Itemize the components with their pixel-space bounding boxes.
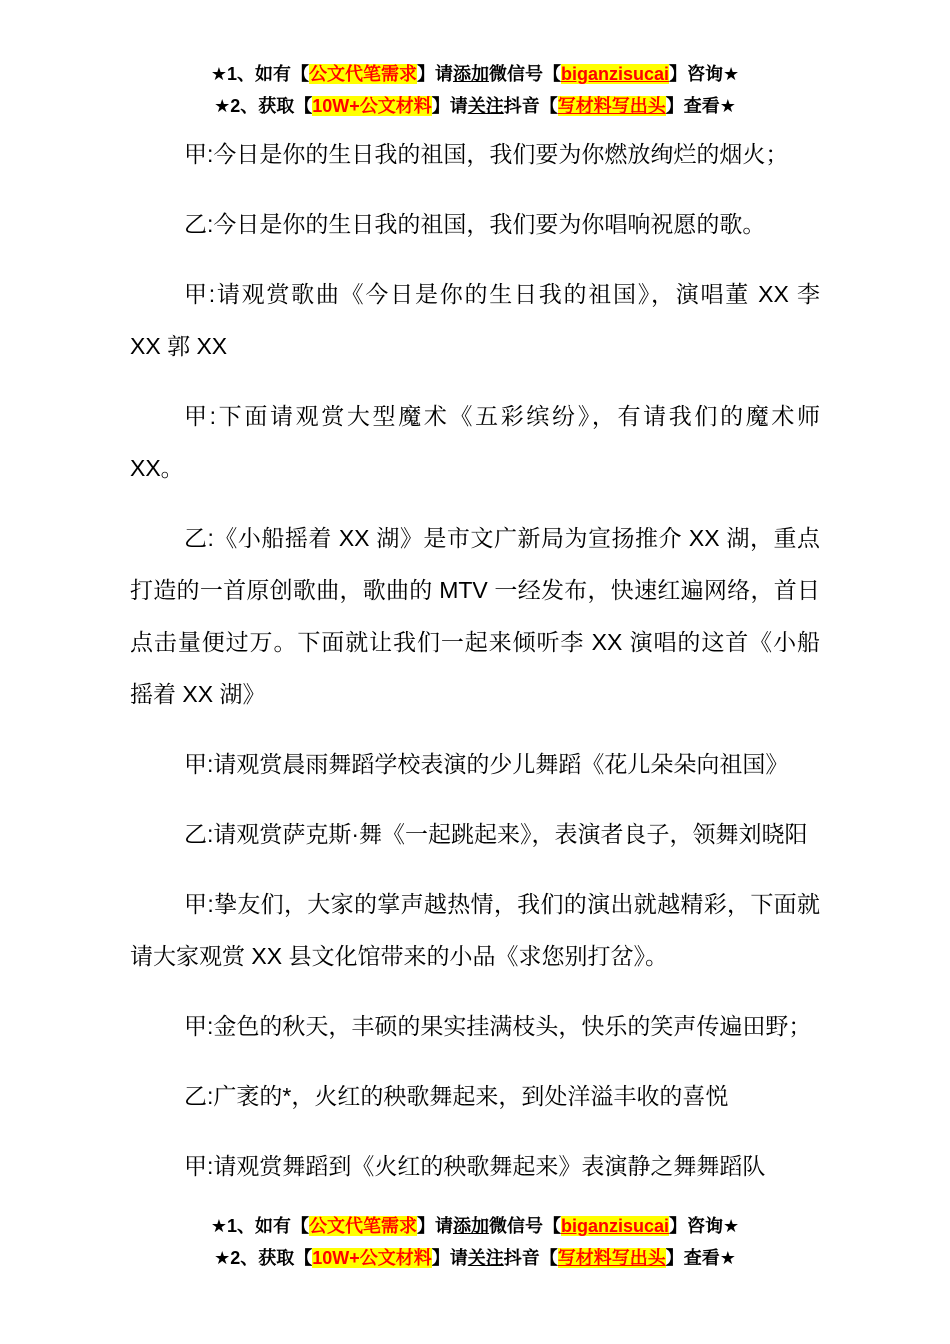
paragraph-line: 甲:下面请观赏大型魔术《五彩缤纷》，有请我们的魔术师 bbox=[130, 390, 820, 442]
script-paragraph: 甲:今日是你的生日我的祖国，我们要为你燃放绚烂的烟火； bbox=[130, 128, 820, 180]
paragraph-line: 乙:请观赏萨克斯·舞《一起跳起来》，表演者良子，领舞刘晓阳 bbox=[130, 808, 820, 860]
script-paragraph: 甲:请观赏晨雨舞蹈学校表演的少儿舞蹈《花儿朵朵向祖国》 bbox=[130, 738, 820, 790]
paragraph-line: 点击量便过万。下面就让我们一起来倾听李 XX 演唱的这首《小船 bbox=[130, 616, 820, 668]
paragraph-line: XX 郭 XX bbox=[130, 320, 820, 372]
promo-text: 】请 bbox=[417, 1216, 453, 1236]
document-page: ★1、如有【公文代笔需求】请添加微信号【biganzisucai】咨询★★2、获… bbox=[0, 0, 950, 1344]
script-paragraph: 甲:请观赏舞蹈到《火红的秧歌舞起来》表演静之舞舞蹈队 bbox=[130, 1140, 820, 1192]
document-body: 甲:今日是你的生日我的祖国，我们要为你燃放绚烂的烟火；乙:今日是你的生日我的祖国… bbox=[130, 128, 820, 1192]
paragraph-line: 甲:请观赏舞蹈到《火红的秧歌舞起来》表演静之舞舞蹈队 bbox=[130, 1140, 820, 1192]
promo-text: ★2、获取【 bbox=[214, 96, 312, 116]
paragraph-line: 甲:请观赏晨雨舞蹈学校表演的少儿舞蹈《花儿朵朵向祖国》 bbox=[130, 738, 820, 790]
promo-text: 】咨询★ bbox=[669, 64, 739, 84]
promo-highlighted-keyword: 写材料写出头 bbox=[558, 1248, 666, 1268]
paragraph-line: 甲:请观赏歌曲《今日是你的生日我的祖国》，演唱董 XX 李 bbox=[130, 268, 820, 320]
promo-highlighted-keyword: biganzisucai bbox=[561, 1216, 669, 1236]
paragraph-line: 打造的一首原创歌曲，歌曲的 MTV 一经发布，快速红遍网络，首日 bbox=[130, 564, 820, 616]
script-paragraph: 甲:金色的秋天，丰硕的果实挂满枝头，快乐的笑声传遍田野； bbox=[130, 1000, 820, 1052]
promo-header-line: ★2、获取【10W+公文材料】请关注抖音【写材料写出头】查看★ bbox=[0, 90, 950, 122]
promo-underlined-text: 添加 bbox=[453, 64, 489, 84]
script-paragraph: 甲:下面请观赏大型魔术《五彩缤纷》，有请我们的魔术师XX。 bbox=[130, 390, 820, 494]
script-paragraph: 甲:请观赏歌曲《今日是你的生日我的祖国》，演唱董 XX 李XX 郭 XX bbox=[130, 268, 820, 372]
promo-text: 】请 bbox=[417, 64, 453, 84]
paragraph-line: XX。 bbox=[130, 442, 820, 494]
paragraph-line: 摇着 XX 湖》 bbox=[130, 668, 820, 720]
paragraph-line: 甲:今日是你的生日我的祖国，我们要为你燃放绚烂的烟火； bbox=[130, 128, 820, 180]
promo-text: 微信号【 bbox=[489, 1216, 561, 1236]
script-paragraph: 乙:《小船摇着 XX 湖》是市文广新局为宣扬推介 XX 湖，重点打造的一首原创歌… bbox=[130, 512, 820, 720]
promo-text: 】查看★ bbox=[666, 96, 736, 116]
promo-highlighted-keyword: biganzisucai bbox=[561, 64, 669, 84]
promo-underlined-text: 关注 bbox=[468, 1248, 504, 1268]
promo-highlighted-keyword: 写材料写出头 bbox=[558, 96, 666, 116]
promo-text: 微信号【 bbox=[489, 64, 561, 84]
promo-text: ★1、如有【 bbox=[211, 1216, 309, 1236]
promo-text: 】咨询★ bbox=[669, 1216, 739, 1236]
script-paragraph: 乙:广袤的*，火红的秧歌舞起来，到处洋溢丰收的喜悦 bbox=[130, 1070, 820, 1122]
paragraph-line: 请大家观赏 XX 县文化馆带来的小品《求您别打岔》。 bbox=[130, 930, 820, 982]
promo-text: 】请 bbox=[432, 1248, 468, 1268]
promo-text: 抖音【 bbox=[504, 1248, 558, 1268]
paragraph-line: 乙:广袤的*，火红的秧歌舞起来，到处洋溢丰收的喜悦 bbox=[130, 1070, 820, 1122]
paragraph-line: 乙:今日是你的生日我的祖国，我们要为你唱响祝愿的歌。 bbox=[130, 198, 820, 250]
promo-text: 】查看★ bbox=[666, 1248, 736, 1268]
paragraph-line: 乙:《小船摇着 XX 湖》是市文广新局为宣扬推介 XX 湖，重点 bbox=[130, 512, 820, 564]
promo-text: 抖音【 bbox=[504, 96, 558, 116]
script-paragraph: 甲:挚友们，大家的掌声越热情，我们的演出就越精彩，下面就请大家观赏 XX 县文化… bbox=[130, 878, 820, 982]
promo-header: ★1、如有【公文代笔需求】请添加微信号【biganzisucai】咨询★★2、获… bbox=[0, 0, 950, 122]
script-paragraph: 乙:今日是你的生日我的祖国，我们要为你唱响祝愿的歌。 bbox=[130, 198, 820, 250]
promo-underlined-text: 添加 bbox=[453, 1216, 489, 1236]
promo-highlighted-keyword: 10W+公文材料 bbox=[312, 96, 432, 116]
promo-text: ★2、获取【 bbox=[214, 1248, 312, 1268]
promo-footer-line: ★2、获取【10W+公文材料】请关注抖音【写材料写出头】查看★ bbox=[0, 1242, 950, 1274]
promo-underlined-text: 关注 bbox=[468, 96, 504, 116]
promo-text: ★1、如有【 bbox=[211, 64, 309, 84]
paragraph-line: 甲:挚友们，大家的掌声越热情，我们的演出就越精彩，下面就 bbox=[130, 878, 820, 930]
promo-highlighted-keyword: 10W+公文材料 bbox=[312, 1248, 432, 1268]
promo-footer-line: ★1、如有【公文代笔需求】请添加微信号【biganzisucai】咨询★ bbox=[0, 1210, 950, 1242]
paragraph-line: 甲:金色的秋天，丰硕的果实挂满枝头，快乐的笑声传遍田野； bbox=[130, 1000, 820, 1052]
promo-text: 】请 bbox=[432, 96, 468, 116]
promo-highlighted-keyword: 公文代笔需求 bbox=[309, 64, 417, 84]
promo-header-line: ★1、如有【公文代笔需求】请添加微信号【biganzisucai】咨询★ bbox=[0, 58, 950, 90]
promo-footer: ★1、如有【公文代笔需求】请添加微信号【biganzisucai】咨询★★2、获… bbox=[0, 1210, 950, 1274]
promo-highlighted-keyword: 公文代笔需求 bbox=[309, 1216, 417, 1236]
script-paragraph: 乙:请观赏萨克斯·舞《一起跳起来》，表演者良子，领舞刘晓阳 bbox=[130, 808, 820, 860]
